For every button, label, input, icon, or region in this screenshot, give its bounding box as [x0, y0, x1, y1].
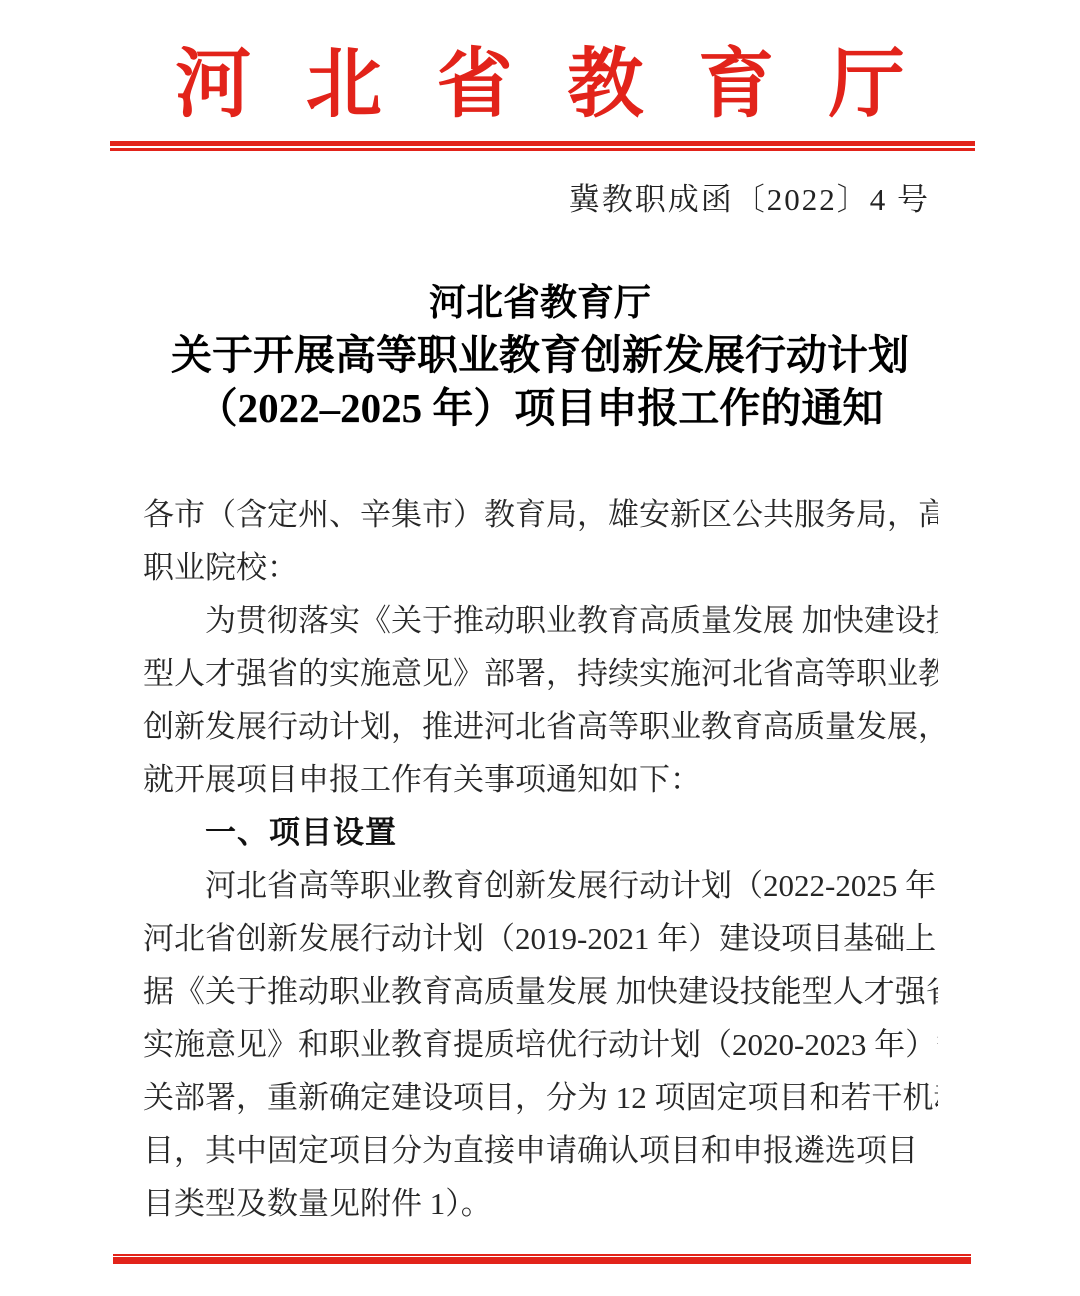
section-heading-project-setup: 一、项目设置: [143, 806, 938, 859]
body-line: 河北省创新发展行动计划（2019-2021 年）建设项目基础上，依: [143, 912, 938, 965]
notice-body: 各市（含定州、辛集市）教育局，雄安新区公共服务局，高等 职业院校： 为贯彻落实《…: [143, 488, 938, 1230]
body-line-paragraph-end: 目类型及数量见附件 1）。: [143, 1177, 938, 1230]
document-page: 河北省教育厅 冀教职成函〔2022〕4 号 河北省教育厅 关于开展高等职业教育创…: [0, 0, 1080, 1296]
body-line: 实施意见》和职业教育提质培优行动计划（2020-2023 年）等有: [143, 1018, 938, 1071]
body-line: 目，其中固定项目分为直接申请确认项目和申报遴选项目（项: [143, 1124, 938, 1177]
footer-rule-line: [113, 1254, 971, 1264]
body-line: 关部署，重新确定建设项目，分为 12 项固定项目和若干机动项: [143, 1071, 938, 1124]
body-line: 据《关于推动职业教育高质量发展 加快建设技能型人才强省的: [143, 965, 938, 1018]
body-line: 河北省高等职业教育创新发展行动计划（2022-2025 年）在: [143, 859, 938, 912]
letterhead-agency-title: 河北省教育厅: [0, 38, 1080, 133]
notice-title-line-1: 河北省教育厅: [0, 279, 1080, 329]
body-line: 创新发展行动计划，推进河北省高等职业教育高质量发展，现: [143, 700, 938, 753]
body-line-paragraph-end: 就开展项目申报工作有关事项通知如下：: [143, 753, 938, 806]
letterhead-rule-line: [110, 141, 975, 151]
document-number: 冀教职成函〔2022〕4 号: [569, 182, 930, 218]
body-line-salutation: 各市（含定州、辛集市）教育局，雄安新区公共服务局，高等: [143, 488, 938, 541]
body-line-salutation-end: 职业院校：: [143, 541, 938, 594]
body-line: 型人才强省的实施意见》部署，持续实施河北省高等职业教育: [143, 647, 938, 700]
notice-title: 河北省教育厅 关于开展高等职业教育创新发展行动计划 （2022–2025 年）项…: [0, 279, 1080, 435]
notice-title-line-2: 关于开展高等职业教育创新发展行动计划: [0, 329, 1080, 382]
notice-title-line-3: （2022–2025 年）项目申报工作的通知: [0, 382, 1080, 435]
body-line: 为贯彻落实《关于推动职业教育高质量发展 加快建设技能: [143, 594, 938, 647]
